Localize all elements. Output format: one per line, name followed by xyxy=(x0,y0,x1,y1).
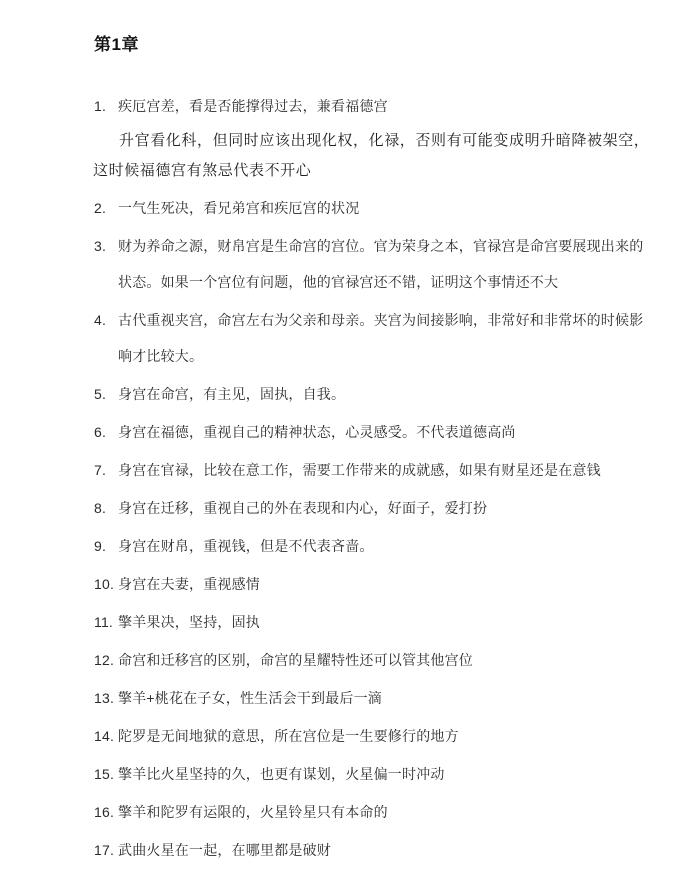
list-item-text: 古代重视夹宫，命宫左右为父亲和母亲。夹宫为间接影响，非常好和非常坏的时候影响才比… xyxy=(118,312,643,364)
list-item-text: 擎羊比火星坚持的久，也更有谋划，火星偏一时冲动 xyxy=(118,766,445,782)
list-item: 17. 武曲火星在一起，在哪里都是破财 xyxy=(93,832,654,868)
list-item-text: 擎羊和陀罗有运限的，火星铃星只有本命的 xyxy=(118,804,388,820)
list-item: 13. 擎羊+桃花在子女，性生活会干到最后一滴 xyxy=(93,680,654,716)
list-item-number: 10. xyxy=(94,566,114,602)
list-item: 9. 身宫在财帛，重视钱，但是不代表吝啬。 xyxy=(93,528,654,564)
list-item: 7. 身宫在官禄，比较在意工作，需要工作带来的成就感，如果有财星还是在意钱 xyxy=(93,452,654,488)
list-item-text: 疾厄宫差，看是否能撑得过去，兼看福德宫 xyxy=(118,98,388,114)
list-item-text: 身宫在迁移，重视自己的外在表现和内心，好面子，爱打扮 xyxy=(118,500,487,516)
list-item-text: 身宫在命宫，有主见，固执，自我。 xyxy=(118,386,345,402)
list-item-number: 15. xyxy=(94,756,114,792)
list-item: 6. 身宫在福德，重视自己的精神状态，心灵感受。不代表道德高尚 xyxy=(93,414,654,450)
list-item-text: 身宫在官禄，比较在意工作，需要工作带来的成就感，如果有财星还是在意钱 xyxy=(118,462,601,478)
list-item-text: 身宫在夫妻，重视感情 xyxy=(118,576,260,592)
document-page: 第1章 1. 疾厄宫差，看是否能撑得过去，兼看福德宫 升官看化科，但同时应该出现… xyxy=(93,34,654,868)
list-item-number: 14. xyxy=(94,718,114,754)
list-item-number: 7. xyxy=(94,452,106,488)
list-item-number: 17. xyxy=(94,832,114,868)
list-item-text: 身宫在福德，重视自己的精神状态，心灵感受。不代表道德高尚 xyxy=(118,424,516,440)
list-item-number: 8. xyxy=(94,490,106,526)
list-item: 11. 擎羊果决，坚持，固执 xyxy=(93,604,654,640)
list-item-text: 命宫和迁移宫的区别，命宫的星耀特性还可以管其他宫位 xyxy=(118,652,473,668)
list-item-number: 11. xyxy=(94,604,113,640)
list-item: 10. 身宫在夫妻，重视感情 xyxy=(93,566,654,602)
list-item-number: 6. xyxy=(94,414,106,450)
list-item: 5. 身宫在命宫，有主见，固执，自我。 xyxy=(93,376,654,412)
list-item: 4. 古代重视夹宫，命宫左右为父亲和母亲。夹宫为间接影响，非常好和非常坏的时候影… xyxy=(93,302,654,374)
list-item: 15. 擎羊比火星坚持的久，也更有谋划，火星偏一时冲动 xyxy=(93,756,654,792)
list-item-number: 5. xyxy=(94,376,106,412)
list-item-number: 12. xyxy=(94,642,114,678)
list-item: 2. 一气生死决，看兄弟宫和疾厄宫的状况 xyxy=(93,190,654,226)
note-paragraph: 升官看化科，但同时应该出现化权，化禄，否则有可能变成明升暗降被架空，这时候福德宫… xyxy=(93,126,654,186)
notes-list: 1. 疾厄宫差，看是否能撑得过去，兼看福德宫 升官看化科，但同时应该出现化权，化… xyxy=(93,88,654,868)
list-item-number: 1. xyxy=(94,88,106,124)
list-item-text: 武曲火星在一起，在哪里都是破财 xyxy=(118,842,331,858)
list-item-number: 3. xyxy=(94,228,106,264)
list-item-text: 一气生死决，看兄弟宫和疾厄宫的状况 xyxy=(118,200,359,216)
list-item: 8. 身宫在迁移，重视自己的外在表现和内心，好面子，爱打扮 xyxy=(93,490,654,526)
list-item: 16. 擎羊和陀罗有运限的，火星铃星只有本命的 xyxy=(93,794,654,830)
list-item: 14. 陀罗是无间地狱的意思，所在宫位是一生要修行的地方 xyxy=(93,718,654,754)
list-item-number: 9. xyxy=(94,528,106,564)
list-item-text: 财为养命之源，财帛宫是生命宫的宫位。官为荣身之本，官禄宫是命宫要展现出来的状态。… xyxy=(118,238,643,290)
list-item-number: 13. xyxy=(94,680,114,716)
chapter-heading: 第1章 xyxy=(94,34,654,56)
list-item-text: 陀罗是无间地狱的意思，所在宫位是一生要修行的地方 xyxy=(118,728,459,744)
list-item-number: 2. xyxy=(94,190,106,226)
list-item-number: 16. xyxy=(94,794,114,830)
list-item-text: 擎羊+桃花在子女，性生活会干到最后一滴 xyxy=(118,690,382,706)
list-item: 1. 疾厄宫差，看是否能撑得过去，兼看福德宫 xyxy=(93,88,654,124)
list-item-text: 身宫在财帛，重视钱，但是不代表吝啬。 xyxy=(118,538,374,554)
list-item: 12. 命宫和迁移宫的区别，命宫的星耀特性还可以管其他宫位 xyxy=(93,642,654,678)
list-item-number: 4. xyxy=(94,302,106,338)
list-item: 3. 财为养命之源，财帛宫是生命宫的宫位。官为荣身之本，官禄宫是命宫要展现出来的… xyxy=(93,228,654,300)
list-item-text: 擎羊果决，坚持，固执 xyxy=(118,614,260,630)
